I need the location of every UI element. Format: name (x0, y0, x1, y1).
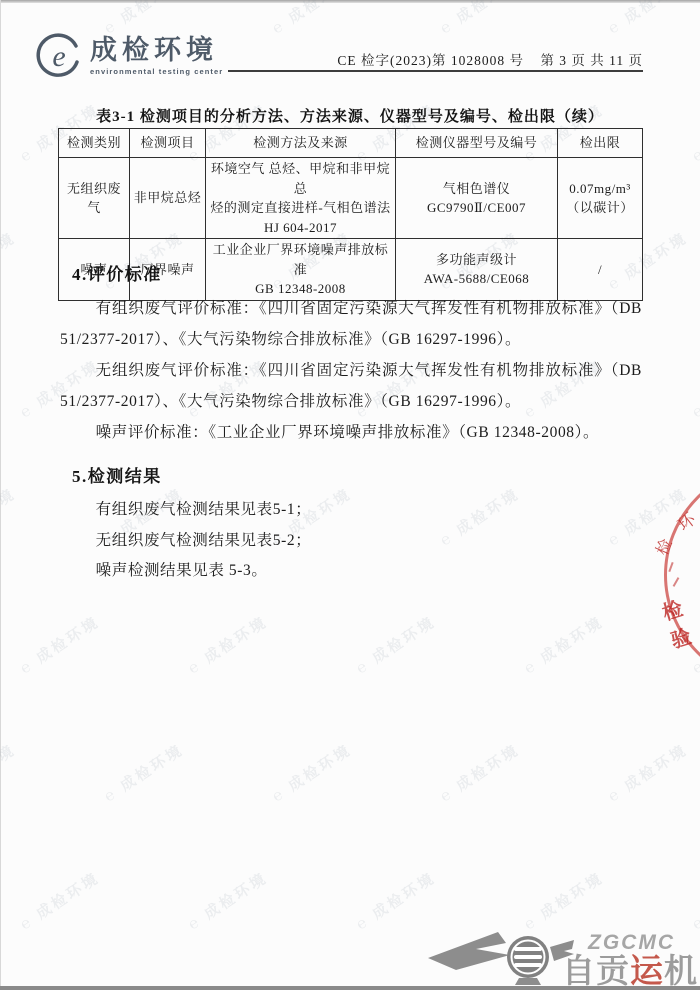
footer-logo-en: ZGCMC (588, 932, 698, 953)
stamp-circle-border (664, 464, 700, 686)
stamp-center-text: 检验 (658, 588, 700, 653)
table-row: 无组织废气 非甲烷总烃 环境空气 总烃、甲烷和非甲烷总 烃的测定直接进样-气相色… (59, 158, 643, 239)
report-number: CE 检字(2023)第 1028008 号 (337, 53, 524, 68)
cell-method: 环境空气 总烃、甲烷和非甲烷总 烃的测定直接进样-气相色谱法 HJ 604-20… (206, 158, 396, 239)
col-header-limit: 检出限 (558, 129, 643, 158)
watermark-item: ℮ 成检环境 (0, 483, 20, 550)
watermark-item: ℮ 成检环境 (352, 611, 440, 678)
watermark-item: ℮ 成检环境 (268, 739, 356, 806)
col-header-instrument: 检测仪器型号及编号 (396, 129, 558, 158)
watermark-item: ℮ 成检环境 (604, 0, 692, 38)
cell-limit: 0.07mg/m³ （以碳计） (558, 158, 643, 239)
page-header-reference: CE 检字(2023)第 1028008 号 第 3 页 共 11 页 (337, 49, 643, 69)
watermark-item: ℮ 成检环境 (436, 0, 524, 38)
col-header-item: 检测项目 (130, 129, 206, 158)
watermark-item: ℮ 成检环境 (0, 0, 20, 38)
table-title: 表3-1 检测项目的分析方法、方法来源、仪器型号及编号、检出限（续） (0, 105, 700, 126)
footer-logo-cn: 自贡运机 (562, 954, 698, 987)
document-body: 4.评价标准 有组织废气评价标准：《四川省固定污染源大气挥发性有机物排放标准》（… (60, 260, 642, 587)
watermark-item: ℮ 成检环境 (352, 867, 440, 934)
watermark-item: ℮ 成检环境 (100, 739, 188, 806)
svg-text:e: e (52, 40, 65, 73)
footer-logo-cn-accent: 运 (630, 952, 664, 989)
stamp-mark (668, 562, 673, 572)
section-5-heading: 5.检测结果 (72, 462, 642, 487)
result-line-1: 有组织废气检测结果见表5-1； (60, 495, 642, 526)
col-header-category: 检测类别 (59, 129, 130, 158)
stamp-arc-char: 检 (649, 535, 677, 559)
watermark-item: ℮ 成检环境 (0, 227, 20, 294)
cell-item: 非甲烷总烃 (130, 158, 206, 239)
footer-logo: ZGCMC 自贡运机 (426, 927, 698, 987)
stamp-mark (673, 577, 680, 587)
scan-edge-left (0, 0, 1, 990)
stamp-arc-char: 环 (671, 505, 700, 535)
watermark-item: ℮ 成检环境 (688, 611, 700, 678)
table-header-row: 检测类别 检测项目 检测方法及来源 检测仪器型号及编号 检出限 (59, 129, 643, 158)
watermark-item: ℮ 成检环境 (268, 0, 356, 38)
watermark-item: ℮ 成检环境 (16, 611, 104, 678)
result-line-3: 噪声检测结果见表 5-3。 (60, 556, 642, 587)
watermark-item: ℮ 成检环境 (688, 867, 700, 934)
company-logo: e 成检环境 environmental testing center (36, 33, 223, 79)
scan-edge-top (0, 0, 700, 3)
watermark-item: ℮ 成检环境 (604, 739, 692, 806)
watermark-item: ℮ 成检环境 (520, 867, 608, 934)
cell-instrument: 气相色谱仪 GC9790Ⅱ/CE007 (396, 158, 558, 239)
section-4-heading: 4.评价标准 (72, 260, 642, 285)
cell-category: 无组织废气 (59, 158, 130, 239)
watermark-item: ℮ 成检环境 (184, 867, 272, 934)
header-rule (228, 70, 643, 72)
winged-winch-emblem-icon (426, 927, 576, 987)
watermark-item: ℮ 成检环境 (436, 739, 524, 806)
page-number: 第 3 页 共 11 页 (540, 53, 643, 68)
watermark-item: ℮ 成检环境 (520, 611, 608, 678)
watermark-item: ℮ 成检环境 (0, 739, 20, 806)
logo-text-cn: 成检环境 (90, 37, 223, 64)
logo-circle-e-icon: e (36, 33, 82, 79)
watermark-item: ℮ 成检环境 (688, 355, 700, 422)
logo-text-en: environmental testing center (90, 67, 223, 76)
watermark-item: ℮ 成检环境 (184, 611, 272, 678)
document-page: ℮ 成检环境℮ 成检环境℮ 成检环境℮ 成检环境℮ 成检环境℮ 成检环境℮ 成检… (0, 0, 700, 990)
paragraph-organized-gas-standard: 有组织废气评价标准：《四川省固定污染源大气挥发性有机物排放标准》（DB 51/2… (60, 293, 642, 355)
watermark-item: ℮ 成检环境 (16, 867, 104, 934)
col-header-method: 检测方法及来源 (206, 129, 396, 158)
result-line-2: 无组织废气检测结果见表5-2； (60, 526, 642, 557)
paragraph-noise-standard: 噪声评价标准：《工业企业厂界环境噪声排放标准》（GB 12348-2008）。 (60, 417, 642, 448)
paragraph-fugitive-gas-standard: 无组织废气评价标准：《四川省固定污染源大气挥发性有机物排放标准》（DB 51/2… (60, 355, 642, 417)
